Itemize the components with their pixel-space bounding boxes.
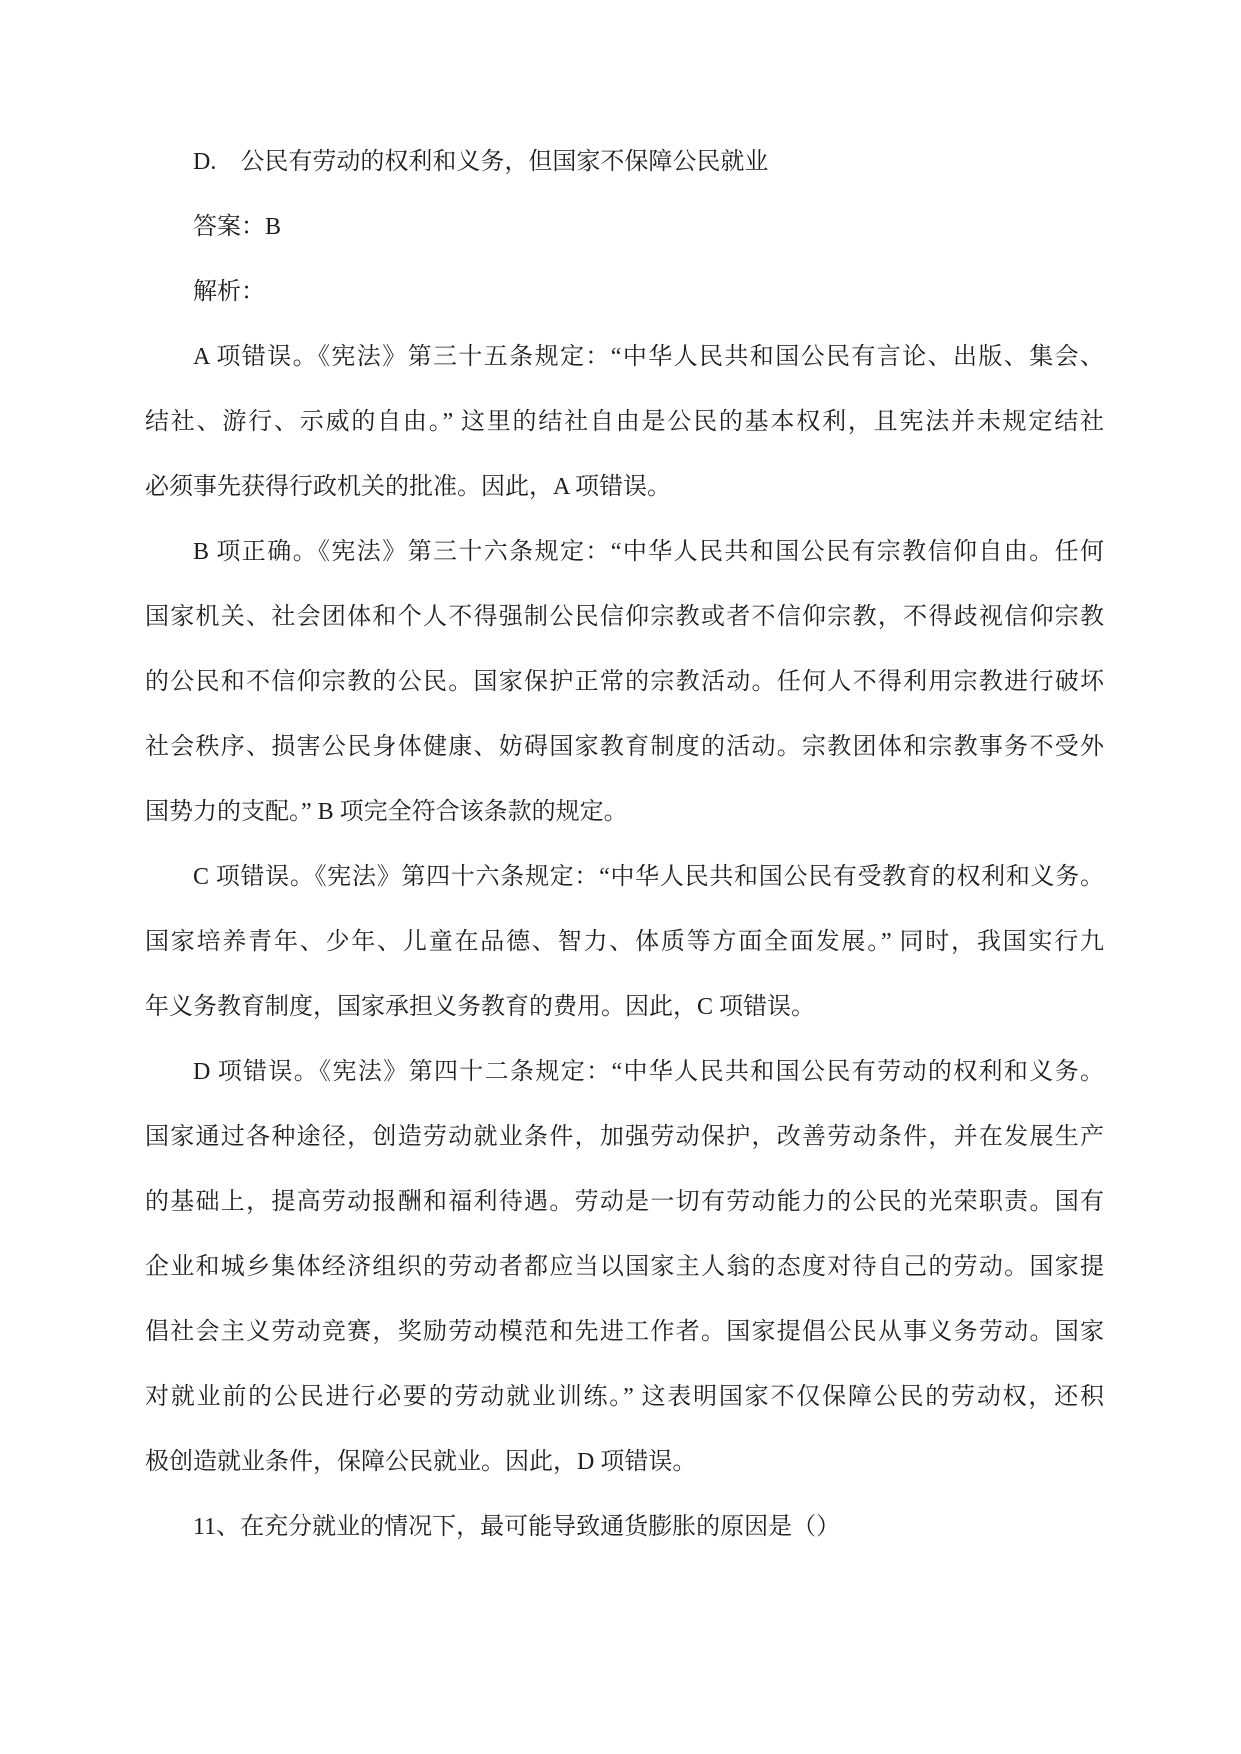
analysis-b-line-5: 国势力的支配。” B 项完全符合该条款的规定。 [145, 780, 1104, 845]
analysis-d-line-3: 的基础上，提高劳动报酬和福利待遇。劳动是一切有劳动能力的公民的光荣职责。国有 [145, 1170, 1104, 1235]
option-d-text: D. 公民有劳动的权利和义务，但国家不保障公民就业 [145, 130, 1104, 195]
analysis-d-line-5: 倡社会主义劳动竞赛，奖励劳动模范和先进工作者。国家提倡公民从事义务劳动。国家 [145, 1300, 1104, 1365]
analysis-d-line-7: 极创造就业条件，保障公民就业。因此，D 项错误。 [145, 1430, 1104, 1495]
analysis-c-line-1: C 项错误。《宪法》第四十六条规定：“中华人民共和国公民有受教育的权利和义务。 [145, 845, 1104, 910]
analysis-label: 解析： [145, 260, 1104, 325]
analysis-b-line-4: 社会秩序、损害公民身体健康、妨碍国家教育制度的活动。宗教团体和宗教事务不受外 [145, 715, 1104, 780]
analysis-c-line-2: 国家培养青年、少年、儿童在品德、智力、体质等方面全面发展。” 同时，我国实行九 [145, 910, 1104, 975]
analysis-a-line-3: 必须事先获得行政机关的批准。因此，A 项错误。 [145, 455, 1104, 520]
analysis-d-line-4: 企业和城乡集体经济组织的劳动者都应当以国家主人翁的态度对待自己的劳动。国家提 [145, 1235, 1104, 1300]
analysis-a-line-1: A 项错误。《宪法》第三十五条规定：“中华人民共和国公民有言论、出版、集会、 [145, 325, 1104, 390]
question-11-text: 11、在充分就业的情况下，最可能导致通货膨胀的原因是（） [145, 1495, 1104, 1560]
answer-text: 答案：B [145, 195, 1104, 260]
analysis-a-line-2: 结社、游行、示威的自由。” 这里的结社自由是公民的基本权利，且宪法并未规定结社 [145, 390, 1104, 455]
document-page: D. 公民有劳动的权利和义务，但国家不保障公民就业 答案：B 解析： A 项错误… [0, 0, 1241, 1754]
analysis-b-line-1: B 项正确。《宪法》第三十六条规定：“中华人民共和国公民有宗教信仰自由。任何 [145, 520, 1104, 585]
analysis-d-line-6: 对就业前的公民进行必要的劳动就业训练。” 这表明国家不仅保障公民的劳动权，还积 [145, 1365, 1104, 1430]
analysis-b-line-2: 国家机关、社会团体和个人不得强制公民信仰宗教或者不信仰宗教，不得歧视信仰宗教 [145, 585, 1104, 650]
analysis-c-line-3: 年义务教育制度，国家承担义务教育的费用。因此，C 项错误。 [145, 975, 1104, 1040]
analysis-b-line-3: 的公民和不信仰宗教的公民。国家保护正常的宗教活动。任何人不得利用宗教进行破坏 [145, 650, 1104, 715]
analysis-d-line-1: D 项错误。《宪法》第四十二条规定：“中华人民共和国公民有劳动的权利和义务。 [145, 1040, 1104, 1105]
analysis-d-line-2: 国家通过各种途径，创造劳动就业条件，加强劳动保护，改善劳动条件，并在发展生产 [145, 1105, 1104, 1170]
